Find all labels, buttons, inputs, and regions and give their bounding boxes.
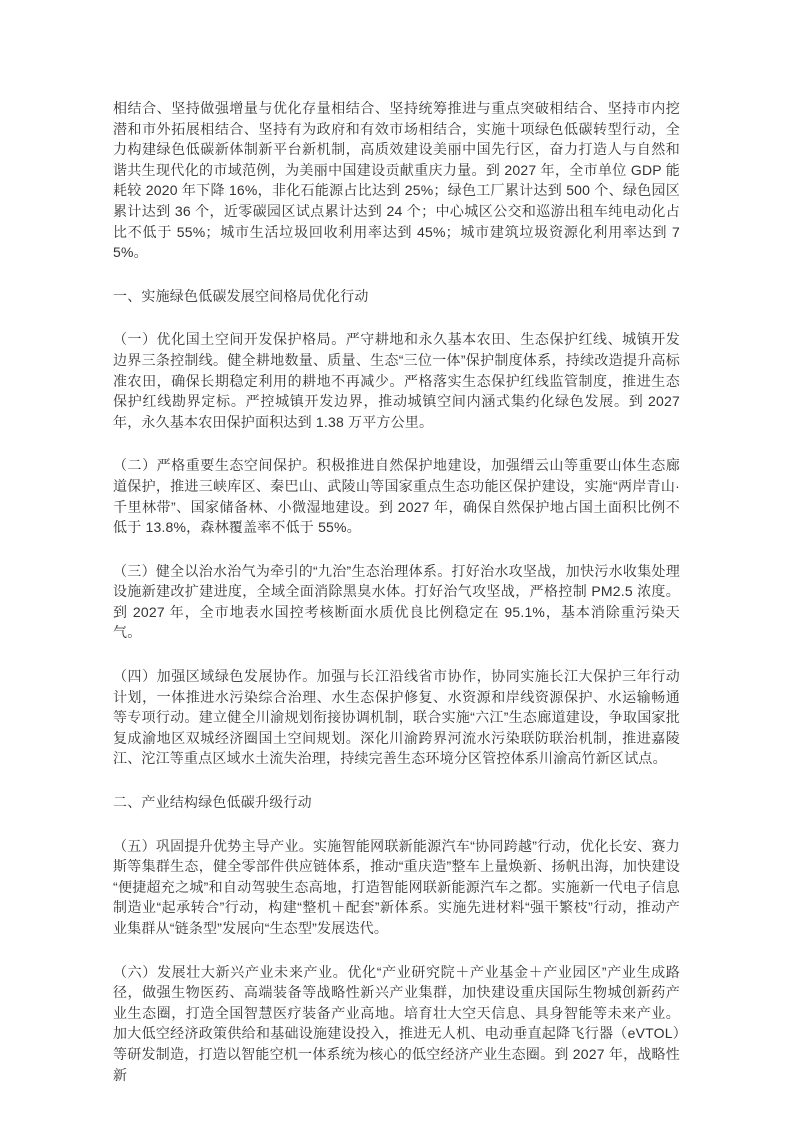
body-paragraph-2: （二）严格重要生态空间保护。积极推进自然保护地建设，加强缙云山等重要山体生态廊道… [113,455,680,537]
document-body: 相结合、坚持做强增量与优化存量相结合、坚持统筹推进与重点突破相结合、坚持市内挖潜… [113,98,680,1085]
section-heading-1: 一、实施绿色低碳发展空间格局优化行动 [113,286,680,307]
document-page: 相结合、坚持做强增量与优化存量相结合、坚持统筹推进与重点突破相结合、坚持市内挖潜… [0,0,793,1122]
body-paragraph-5: （五）巩固提升优势主导产业。实施智能网联新能源汽车“协同跨越”行动，优化长安、赛… [113,836,680,939]
body-paragraph-3: （三）健全以治水治气为牵引的“九治”生态治理体系。打好治水攻坚战，加快污水收集处… [113,561,680,643]
body-paragraph-6: （六）发展壮大新兴产业未来产业。优化“产业研究院＋产业基金＋产业园区”产业生成路… [113,962,680,1086]
body-paragraph-continuation: 相结合、坚持做强增量与优化存量相结合、坚持统筹推进与重点突破相结合、坚持市内挖潜… [113,98,680,263]
body-paragraph-1: （一）优化国土空间开发保护格局。严守耕地和永久基本农田、生态保护红线、城镇开发边… [113,329,680,432]
body-paragraph-4: （四）加强区域绿色发展协作。加强与长江沿线省市协作，协同实施长江大保护三年行动计… [113,666,680,769]
section-heading-2: 二、产业结构绿色低碳升级行动 [113,792,680,813]
